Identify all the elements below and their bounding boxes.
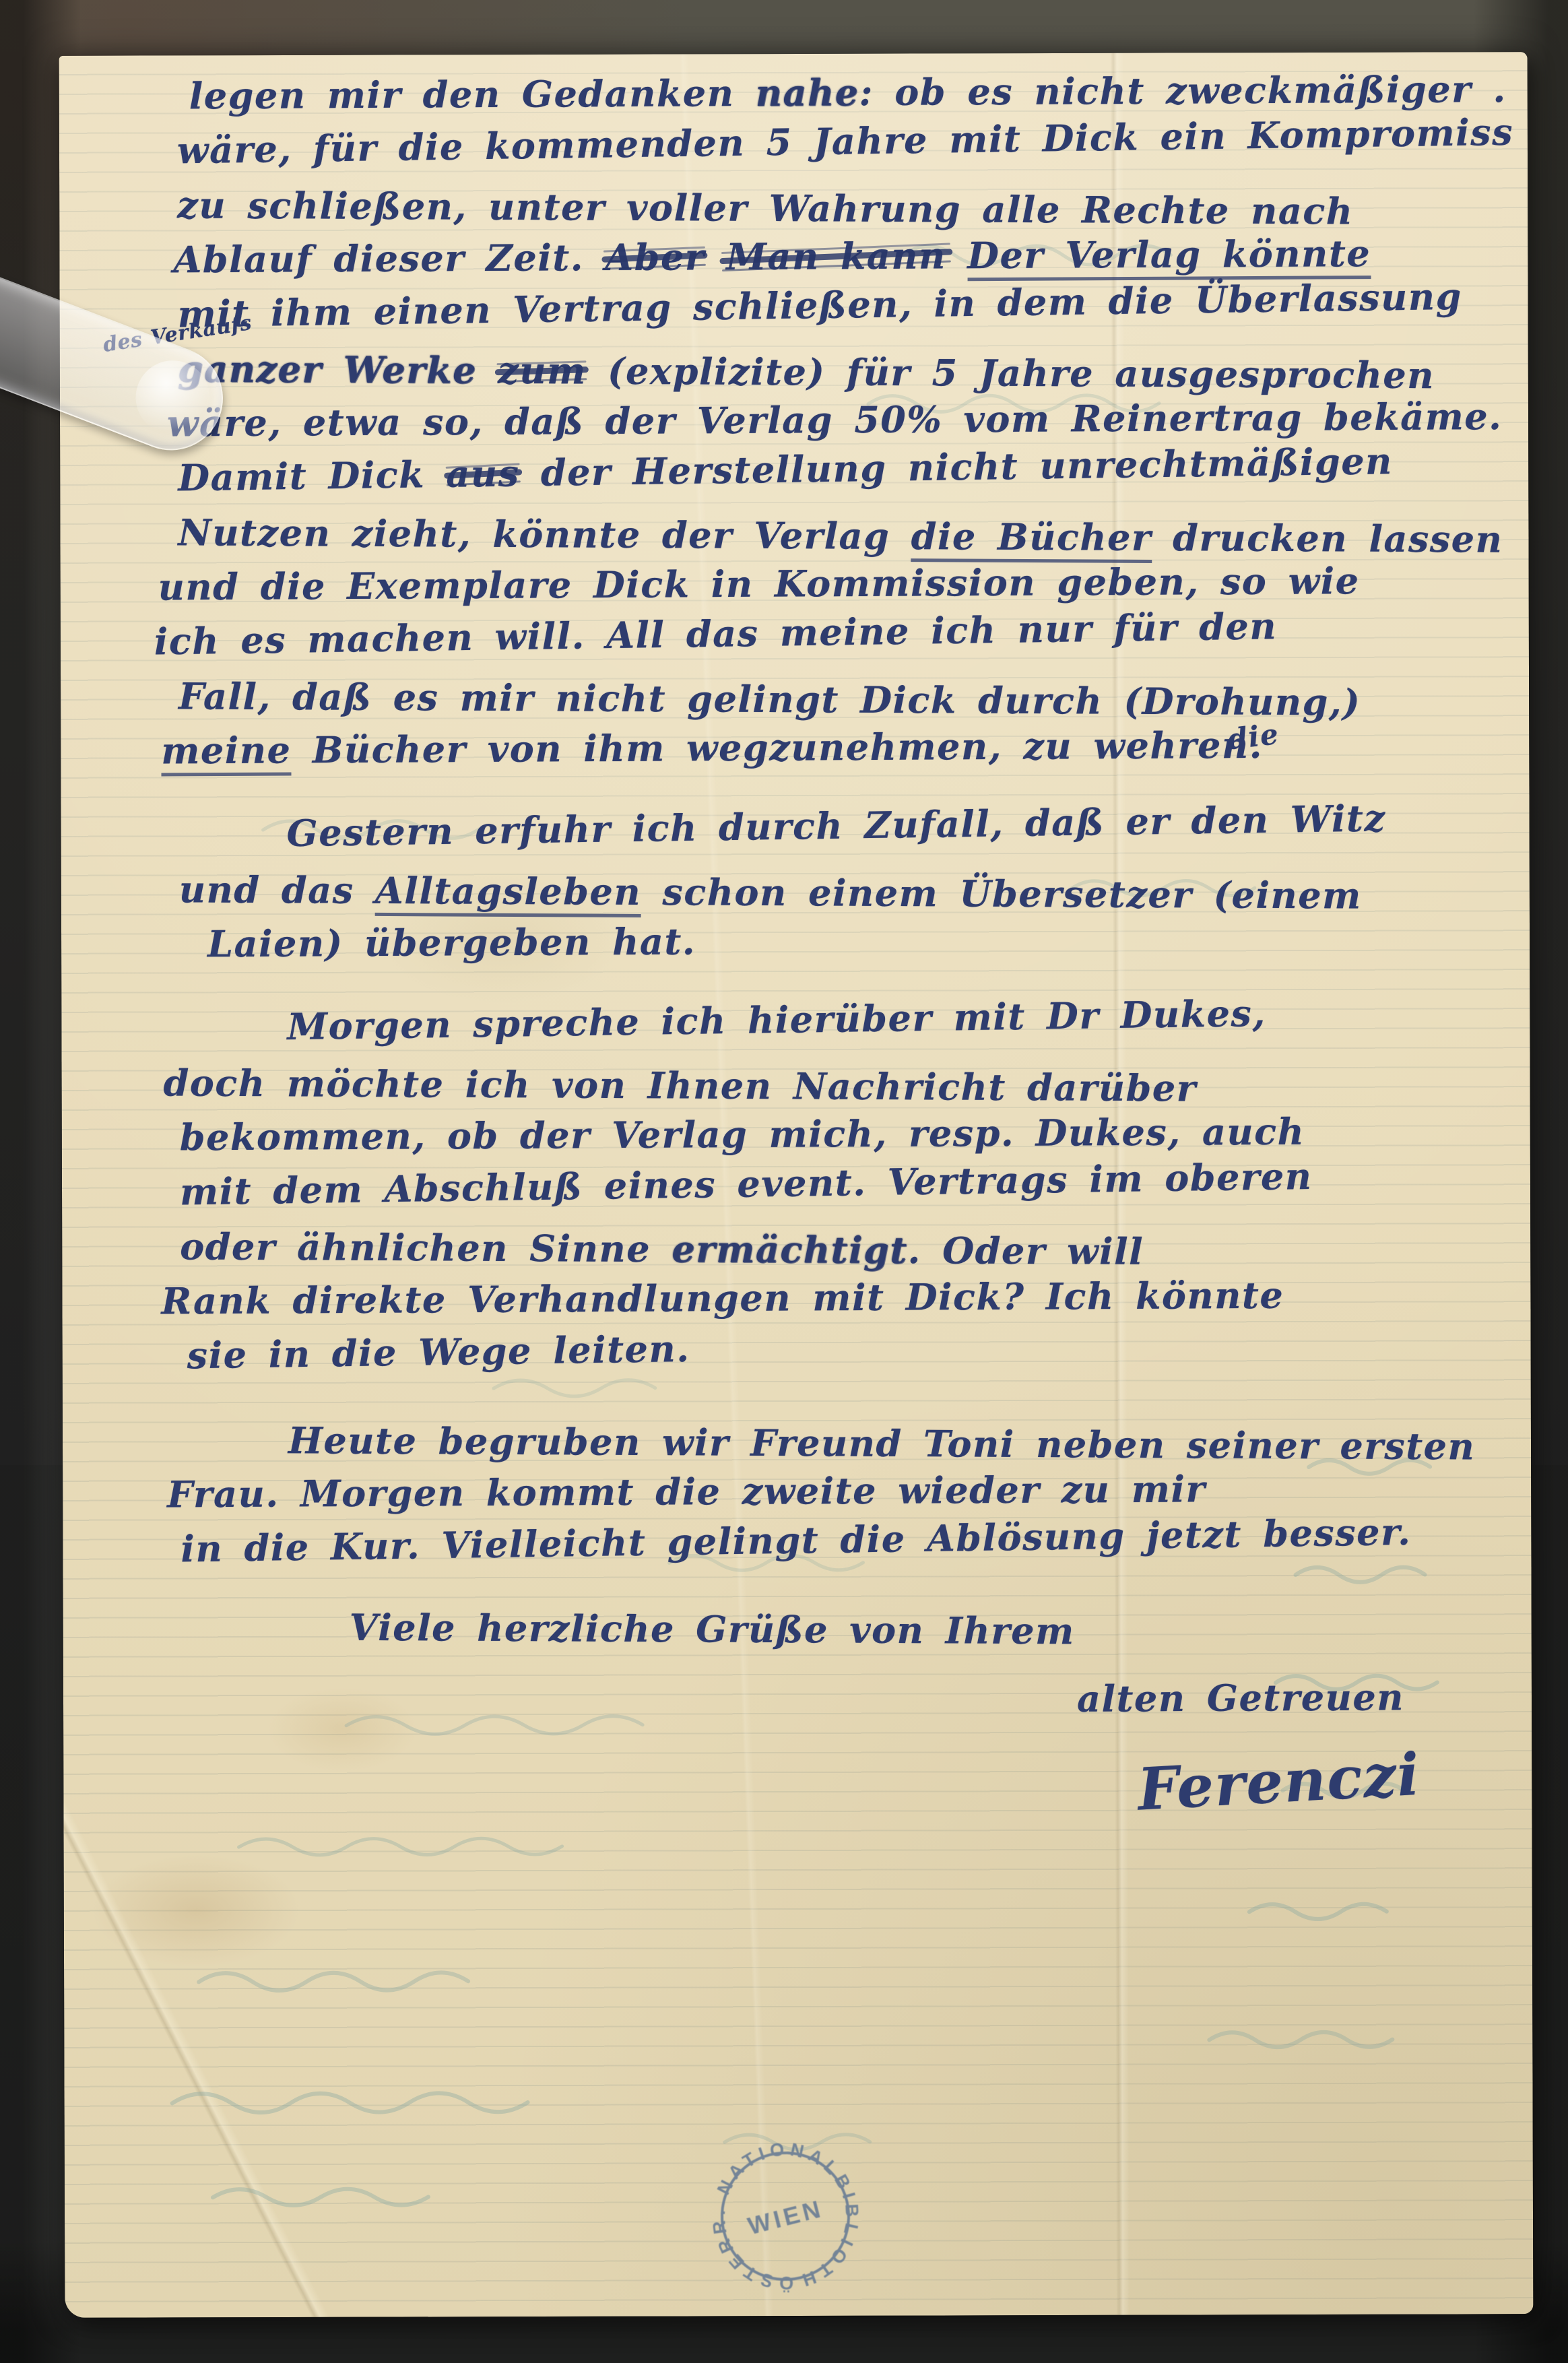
text-run: Frau. Morgen kommt die zweite wieder zu …	[167, 1467, 1206, 1516]
text-run: Damit Dick	[178, 453, 447, 500]
text-run: doch möchte ich von Ihnen Nachricht darü…	[163, 1061, 1196, 1109]
national-library-stamp: ÖSTERR. NATIONALBIBLIOTHEK · WIEN	[689, 2120, 882, 2313]
handwritten-line: Laien) übergeben hat.	[207, 910, 1534, 972]
text-run	[946, 234, 968, 277]
letter-body: legen mir den Gedanken nahe: ob es nicht…	[177, 65, 1534, 1836]
text-run: sie in die Wege leiten.	[187, 1327, 690, 1377]
letter-paper: legen mir den Gedanken nahe: ob es nicht…	[59, 52, 1534, 2318]
text-run: Heute begruben wir Freund Toni neben sei…	[288, 1419, 1476, 1468]
text-run: Morgen spreche ich hierüber mit Dr Dukes…	[287, 992, 1266, 1048]
text-strike: Aber	[605, 235, 705, 279]
text-strike: zum	[498, 349, 587, 393]
handwritten-line: Ferenczi	[1136, 1722, 1534, 1834]
text-run	[705, 235, 727, 278]
handwritten-line: Gestern erfuhr ich durch Zufall, daß er …	[178, 788, 1533, 862]
text-overwrite: ganzer Werke	[178, 347, 498, 391]
text-strike: Man kann	[726, 234, 946, 278]
text-run: und das	[179, 868, 375, 912]
text-strike: aus	[446, 451, 520, 496]
text-underline: Alltagsleben	[375, 869, 642, 917]
text-run: ich es machen will. All das meine ich nu…	[154, 604, 1277, 663]
text-run: oder ähnlichen Sinne	[180, 1225, 672, 1270]
text-run: schon einem Übersetzer (einem	[641, 870, 1362, 917]
text-run: Fall, daß es mir nicht gelingt Dick durc…	[178, 674, 1342, 723]
text-run: in die Kur. Vielleicht gelingt die Ablös…	[181, 1510, 1412, 1571]
text-run: legen mir den Gedanken	[189, 71, 756, 117]
scanned-letter-page: legen mir den Gedanken nahe: ob es nicht…	[0, 0, 1568, 2363]
handwritten-line: alten Getreuen	[1077, 1669, 1534, 1726]
text-run: der Herstellung nicht unrechtmäßigen	[519, 439, 1393, 494]
text-run: Ablauf dieser Zeit.	[173, 236, 605, 281]
text-run: zu schließen, unter voller Wahrung alle …	[177, 183, 1354, 232]
text-run: Nutzen zieht, könnte der Verlag	[178, 511, 911, 558]
stamp-center-text: WIEN	[745, 2195, 826, 2240]
text-underline: meine	[161, 728, 291, 776]
text-overwrite: nahe	[756, 71, 859, 115]
text-run: Bücher von ihm wegzunehmen, zu wehren.	[291, 723, 1263, 772]
handwritten-line: meine Bücher von ihm wegzunehmen, zu weh…	[161, 716, 1533, 778]
text-run: Gestern erfuhr ich durch Zufall, daß er …	[286, 796, 1386, 855]
text-run: Ferenczi	[1136, 1741, 1422, 1824]
text-run: mit dem Abschluß eines event. Vertrags i…	[180, 1155, 1313, 1213]
text-run: . Oder will	[907, 1229, 1144, 1273]
clip-highlight	[125, 350, 220, 445]
text-overwrite: ermächtigt	[672, 1227, 908, 1272]
text-run: Laien) übergeben hat.	[207, 919, 696, 965]
text-run: alten Getreuen	[1077, 1675, 1404, 1720]
handwritten-line: Morgen spreche ich hierüber mit Dr Dukes…	[179, 981, 1534, 1056]
handwritten-line: Viele herzliche Grüße von Ihrem	[350, 1600, 1534, 1662]
text-run: Viele herzliche Grüße von Ihrem	[350, 1606, 1075, 1653]
